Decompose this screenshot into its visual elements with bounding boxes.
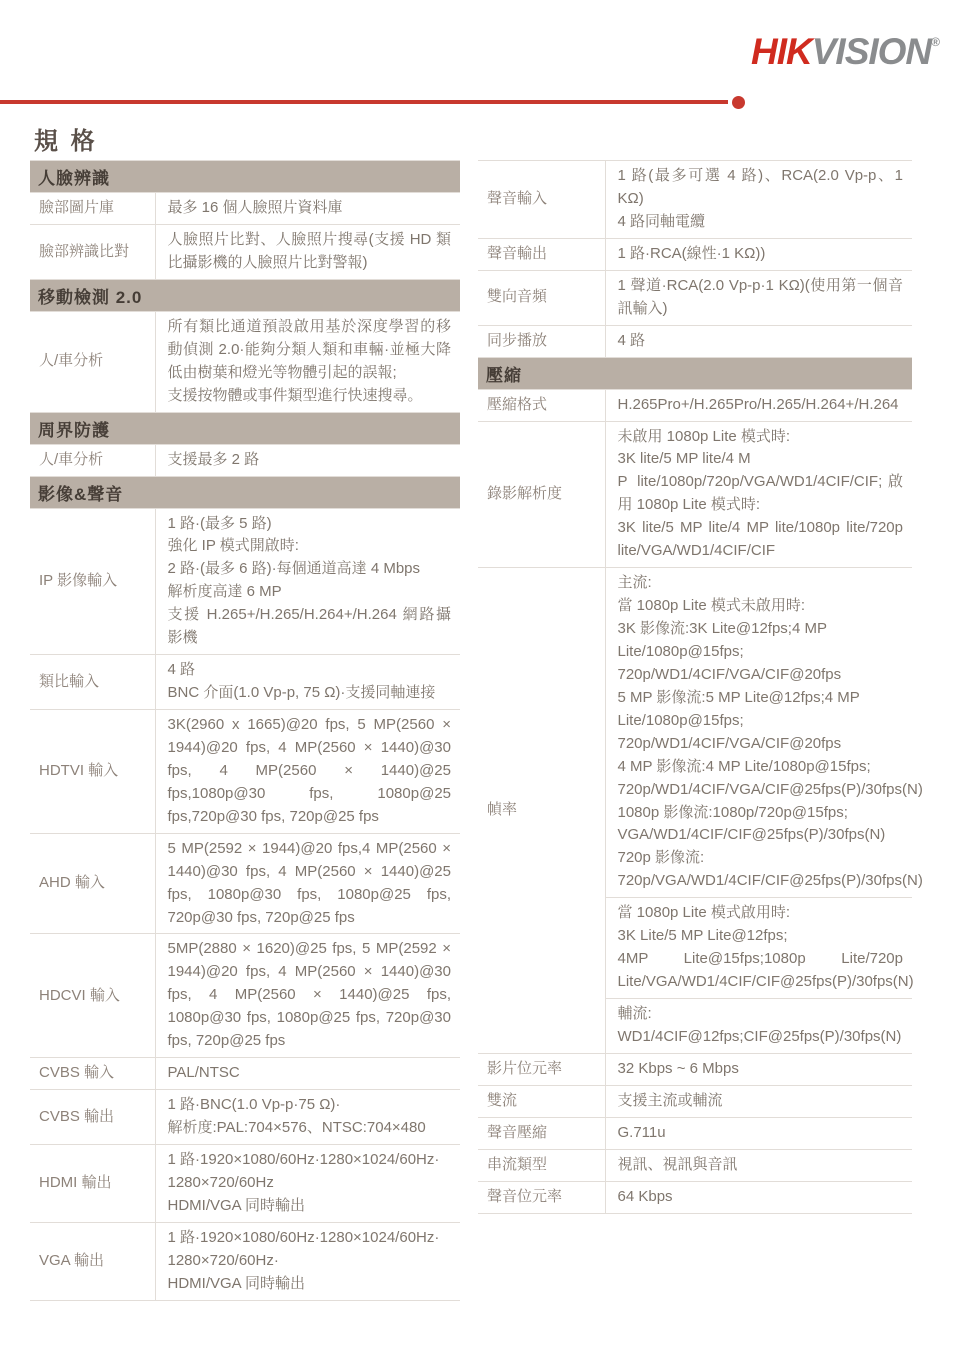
section-row: 人臉辨識 [30, 161, 460, 193]
spec-label: VGA 輸出 [30, 1222, 155, 1300]
spec-row: HDTVI 輸入3K(2960 x 1665)@20 fps, 5 MP(256… [30, 710, 460, 834]
spec-value: 5 MP(2592 × 1944)@20 fps,4 MP(2560 × 144… [155, 833, 460, 934]
spec-row: AHD 輸入5 MP(2592 × 1944)@20 fps,4 MP(2560… [30, 833, 460, 934]
spec-value: 最多 16 個人臉照片資料庫 [155, 193, 460, 225]
hikvision-logo: HIKVISION® [751, 31, 940, 73]
section-title: 影像&聲音 [30, 476, 460, 508]
spec-row: 臉部辨識比對人臉照片比對、人臉照片搜尋(支援 HD 類比攝影機的人臉照片比對警報… [30, 224, 460, 279]
spec-label: 臉部辨識比對 [30, 224, 155, 279]
section-title: 移動檢測 2.0 [30, 279, 460, 311]
accent-rule [0, 100, 728, 104]
spec-value: 1 路·1920×1080/60Hz·1280×1024/60Hz· 1280×… [155, 1222, 460, 1300]
spec-value: 1 路·RCA(線性·1 KΩ)) [605, 238, 912, 270]
spec-value: 支援主流或輔流 [605, 1085, 912, 1117]
spec-value: 1 路·BNC(1.0 Vp-p·75 Ω)· 解析度:PAL:704×576、… [155, 1090, 460, 1145]
spec-row-frame-rate: 幀率主流: 當 1080p Lite 模式未啟用時: 3K 影像流:3K Lit… [478, 568, 912, 898]
spec-value: 未啟用 1080p Lite 模式時: 3K lite/5 MP lite/4 … [605, 421, 912, 568]
spec-label: 類比輸入 [30, 655, 155, 710]
spec-label: 雙向音頻 [478, 270, 605, 325]
spec-value: 1 路·(最多 5 路) 強化 IP 模式開啟時: 2 路·(最多 6 路)·每… [155, 508, 460, 655]
spec-row: 臉部圖片庫最多 16 個人臉照片資料庫 [30, 193, 460, 225]
spec-row: 雙向音頻1 聲道·RCA(2.0 Vp-p·1 KΩ)(使用第一個音訊輸入) [478, 270, 912, 325]
registered-mark: ® [931, 35, 940, 49]
spec-row: IP 影像輸入1 路·(最多 5 路) 強化 IP 模式開啟時: 2 路·(最多… [30, 508, 460, 655]
spec-value: PAL/NTSC [155, 1058, 460, 1090]
spec-value: 5MP(2880 × 1620)@25 fps, 5 MP(2592 × 194… [155, 934, 460, 1058]
section-row: 壓縮 [478, 357, 912, 389]
spec-label: 幀率 [478, 568, 605, 1054]
spec-label: 影片位元率 [478, 1053, 605, 1085]
spec-row: 串流類型視訊、視訊與音訊 [478, 1149, 912, 1181]
spec-table-right: 聲音輸入1 路(最多可選 4 路)、RCA(2.0 Vp-p、1 KΩ) 4 路… [478, 160, 912, 1214]
spec-value: G.711u [605, 1117, 912, 1149]
spec-row: 聲音位元率64 Kbps [478, 1181, 912, 1213]
spec-label: 聲音輸出 [478, 238, 605, 270]
spec-row: 錄影解析度未啟用 1080p Lite 模式時: 3K lite/5 MP li… [478, 421, 912, 568]
spec-row: 聲音輸入1 路(最多可選 4 路)、RCA(2.0 Vp-p、1 KΩ) 4 路… [478, 161, 912, 239]
spec-label: 串流類型 [478, 1149, 605, 1181]
spec-row: 雙流支援主流或輔流 [478, 1085, 912, 1117]
spec-value: 4 路 [605, 325, 912, 357]
spec-value: 支援最多 2 路 [155, 444, 460, 476]
section-title: 人臉辨識 [30, 161, 460, 193]
spec-row: VGA 輸出1 路·1920×1080/60Hz·1280×1024/60Hz·… [30, 1222, 460, 1300]
spec-value: H.265Pro+/H.265Pro/H.265/H.264+/H.264 [605, 389, 912, 421]
section-title: 周界防護 [30, 412, 460, 444]
spec-value: 1 路·1920×1080/60Hz·1280×1024/60Hz· 1280×… [155, 1144, 460, 1222]
spec-row: CVBS 輸出1 路·BNC(1.0 Vp-p·75 Ω)· 解析度:PAL:7… [30, 1090, 460, 1145]
spec-value: 1 路(最多可選 4 路)、RCA(2.0 Vp-p、1 KΩ) 4 路同軸電纜 [605, 161, 912, 239]
spec-label: AHD 輸入 [30, 833, 155, 934]
logo-hik-text: HIK [751, 31, 812, 72]
spec-label: 人/車分析 [30, 444, 155, 476]
spec-label: 壓縮格式 [478, 389, 605, 421]
spec-label: CVBS 輸出 [30, 1090, 155, 1145]
spec-label: HDCVI 輸入 [30, 934, 155, 1058]
spec-value: 人臉照片比對、人臉照片搜尋(支援 HD 類比攝影機的人臉照片比對警報) [155, 224, 460, 279]
spec-value: 所有類比通道預設啟用基於深度學習的移動偵測 2.0·能夠分類人類和車輛·並極大降… [155, 311, 460, 412]
spec-label: 聲音輸入 [478, 161, 605, 239]
accent-dot [732, 96, 745, 109]
spec-row: 壓縮格式H.265Pro+/H.265Pro/H.265/H.264+/H.26… [478, 389, 912, 421]
spec-label: 同步播放 [478, 325, 605, 357]
spec-value: 4 路 BNC 介面(1.0 Vp-p, 75 Ω)·支援同軸連接 [155, 655, 460, 710]
logo-vision-text: VISION [812, 31, 931, 72]
spec-value-sub-stream: 輔流: WD1/4CIF@12fps;CIF@25fps(P)/30fps(N) [605, 999, 912, 1054]
section-row: 周界防護 [30, 412, 460, 444]
spec-row: CVBS 輸入PAL/NTSC [30, 1058, 460, 1090]
spec-row: 聲音輸出1 路·RCA(線性·1 KΩ)) [478, 238, 912, 270]
spec-label: 聲音壓縮 [478, 1117, 605, 1149]
spec-row: 聲音壓縮G.711u [478, 1117, 912, 1149]
spec-value: 視訊、視訊與音訊 [605, 1149, 912, 1181]
spec-label: 雙流 [478, 1085, 605, 1117]
spec-value: 1 聲道·RCA(2.0 Vp-p·1 KΩ)(使用第一個音訊輸入) [605, 270, 912, 325]
spec-value: 3K(2960 x 1665)@20 fps, 5 MP(2560 × 1944… [155, 710, 460, 834]
spec-label: HDTVI 輸入 [30, 710, 155, 834]
spec-label: HDMI 輸出 [30, 1144, 155, 1222]
spec-label: 錄影解析度 [478, 421, 605, 568]
spec-label: 人/車分析 [30, 311, 155, 412]
spec-row: HDMI 輸出1 路·1920×1080/60Hz·1280×1024/60Hz… [30, 1144, 460, 1222]
spec-value-main-stream: 主流: 當 1080p Lite 模式未啟用時: 3K 影像流:3K Lite@… [605, 568, 912, 898]
spec-label: IP 影像輸入 [30, 508, 155, 655]
spec-value-lite-mode: 當 1080p Lite 模式啟用時: 3K Lite/5 MP Lite@12… [605, 898, 912, 999]
spec-table-left: 人臉辨識 臉部圖片庫最多 16 個人臉照片資料庫 臉部辨識比對人臉照片比對、人臉… [30, 160, 460, 1301]
section-row: 影像&聲音 [30, 476, 460, 508]
section-title: 壓縮 [478, 357, 912, 389]
spec-row: HDCVI 輸入5MP(2880 × 1620)@25 fps, 5 MP(25… [30, 934, 460, 1058]
section-row: 移動檢測 2.0 [30, 279, 460, 311]
spec-value: 64 Kbps [605, 1181, 912, 1213]
spec-row: 人/車分析支援最多 2 路 [30, 444, 460, 476]
spec-row: 同步播放4 路 [478, 325, 912, 357]
page-title: 規 格 [34, 121, 98, 156]
spec-columns: 人臉辨識 臉部圖片庫最多 16 個人臉照片資料庫 臉部辨識比對人臉照片比對、人臉… [30, 160, 912, 1301]
spec-label: 聲音位元率 [478, 1181, 605, 1213]
spec-row: 類比輸入4 路 BNC 介面(1.0 Vp-p, 75 Ω)·支援同軸連接 [30, 655, 460, 710]
spec-row: 影片位元率32 Kbps ~ 6 Mbps [478, 1053, 912, 1085]
spec-row: 人/車分析所有類比通道預設啟用基於深度學習的移動偵測 2.0·能夠分類人類和車輛… [30, 311, 460, 412]
spec-value: 32 Kbps ~ 6 Mbps [605, 1053, 912, 1085]
spec-label: 臉部圖片庫 [30, 193, 155, 225]
spec-label: CVBS 輸入 [30, 1058, 155, 1090]
